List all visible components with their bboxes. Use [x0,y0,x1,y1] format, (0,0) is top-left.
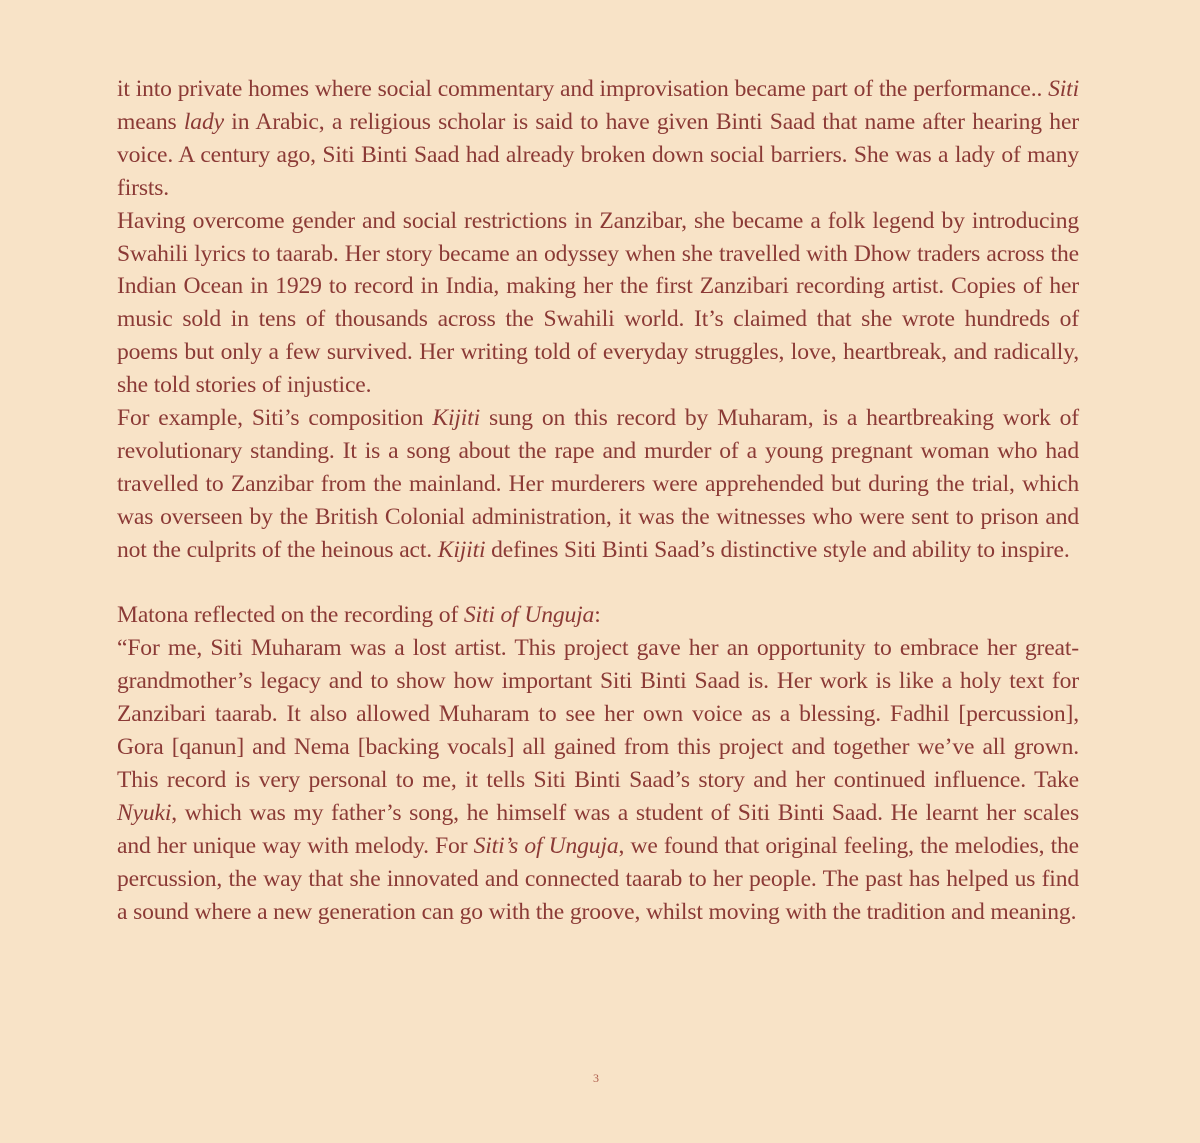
text-segment: defines Siti Binti Saad’s distinctive st… [485,537,1069,563]
paragraph-kijiti: For example, Siti’s composition Kijiti s… [117,402,1079,567]
text-segment: : [594,602,600,628]
paragraph-matona-intro: Matona reflected on the recording of Sit… [117,599,1079,632]
paragraph-matona-quote: “For me, Siti Muharam was a lost artist.… [117,632,1079,928]
paragraph-folk-legend: Having overcome gender and social restri… [117,205,1079,402]
paragraph-siti-name-origin: it into private homes where social comme… [117,73,1079,205]
page-number: 3 [593,1071,599,1086]
italic-album-title: Siti of Unguja [464,602,594,628]
document-page: it into private homes where social comme… [117,73,1079,929]
text-segment: in Arabic, a religious scholar is said t… [117,109,1079,201]
text-segment: Having overcome gender and social restri… [117,208,1079,399]
text-segment: means [117,109,184,135]
italic-song-title-kijiti: Kijiti [438,537,486,563]
italic-album-title: Siti’s of Unguja [474,833,619,859]
italic-term-lady: lady [184,109,224,135]
text-segment: “For me, Siti Muharam was a lost artist.… [117,635,1079,793]
text-segment: Matona reflected on the recording of [117,602,464,628]
text-segment: For example, Siti’s composition [117,405,432,431]
paragraph-spacer [117,567,1079,600]
italic-song-title-nyuki: Nyuki [117,800,171,826]
italic-term-siti: Siti [1048,76,1079,102]
italic-song-title-kijiti: Kijiti [432,405,480,431]
text-segment: it into private homes where social comme… [117,76,1048,102]
